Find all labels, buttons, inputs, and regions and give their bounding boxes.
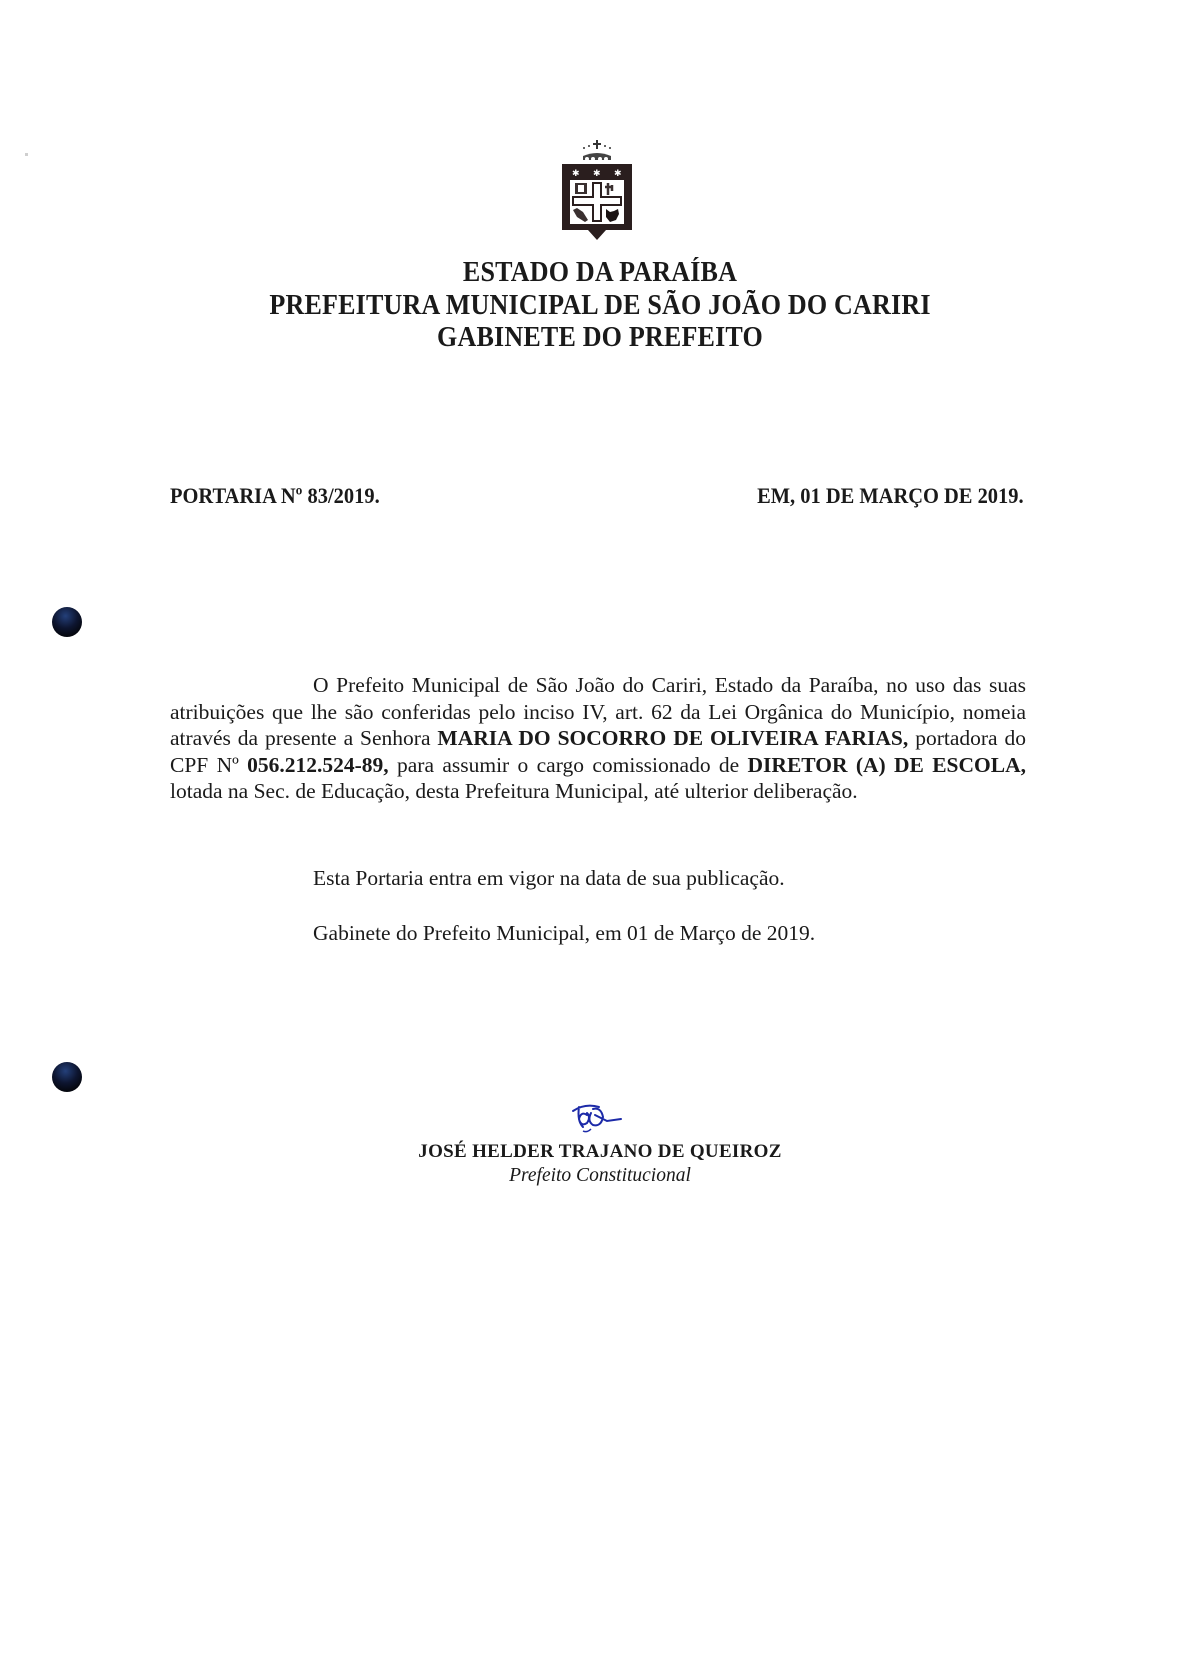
body-text: para assumir o cargo comissionado de — [389, 753, 748, 777]
body-paragraph: O Prefeito Municipal de São João do Cari… — [170, 672, 1026, 805]
coat-of-arms-icon: ✱ ✱ ✱ — [556, 138, 638, 250]
scan-speck — [25, 153, 28, 156]
punch-hole-icon — [52, 607, 82, 637]
header-municipality: PREFEITURA MUNICIPAL DE SÃO JOÃO DO CARI… — [42, 290, 1158, 322]
issuance-paragraph: Gabinete do Prefeito Municipal, em 01 de… — [313, 921, 815, 946]
body-text: lotada na Sec. de Educação, desta Prefei… — [170, 779, 858, 803]
portaria-date: EM, 01 DE MARÇO DE 2019. — [757, 483, 1024, 509]
svg-text:✱: ✱ — [572, 169, 580, 179]
portaria-number: PORTARIA Nº 83/2019. — [170, 483, 380, 509]
header-office: GABINETE DO PREFEITO — [42, 322, 1158, 354]
punch-hole-icon — [52, 1062, 82, 1092]
appointee-name: MARIA DO SOCORRO DE OLIVEIRA FARIAS, — [437, 726, 908, 750]
header-state: ESTADO DA PARAÍBA — [42, 257, 1158, 289]
appointee-role: DIRETOR (A) DE ESCOLA, — [748, 753, 1026, 777]
effective-date-paragraph: Esta Portaria entra em vigor na data de … — [313, 866, 785, 891]
signer-name: JOSÉ HELDER TRAJANO DE QUEIROZ — [0, 1141, 1200, 1163]
svg-text:✱: ✱ — [593, 169, 601, 179]
svg-text:✱: ✱ — [614, 169, 622, 179]
signer-title: Prefeito Constitucional — [0, 1165, 1200, 1187]
appointee-cpf: 056.212.524-89, — [247, 753, 389, 777]
handwritten-signature-icon — [565, 1101, 625, 1135]
